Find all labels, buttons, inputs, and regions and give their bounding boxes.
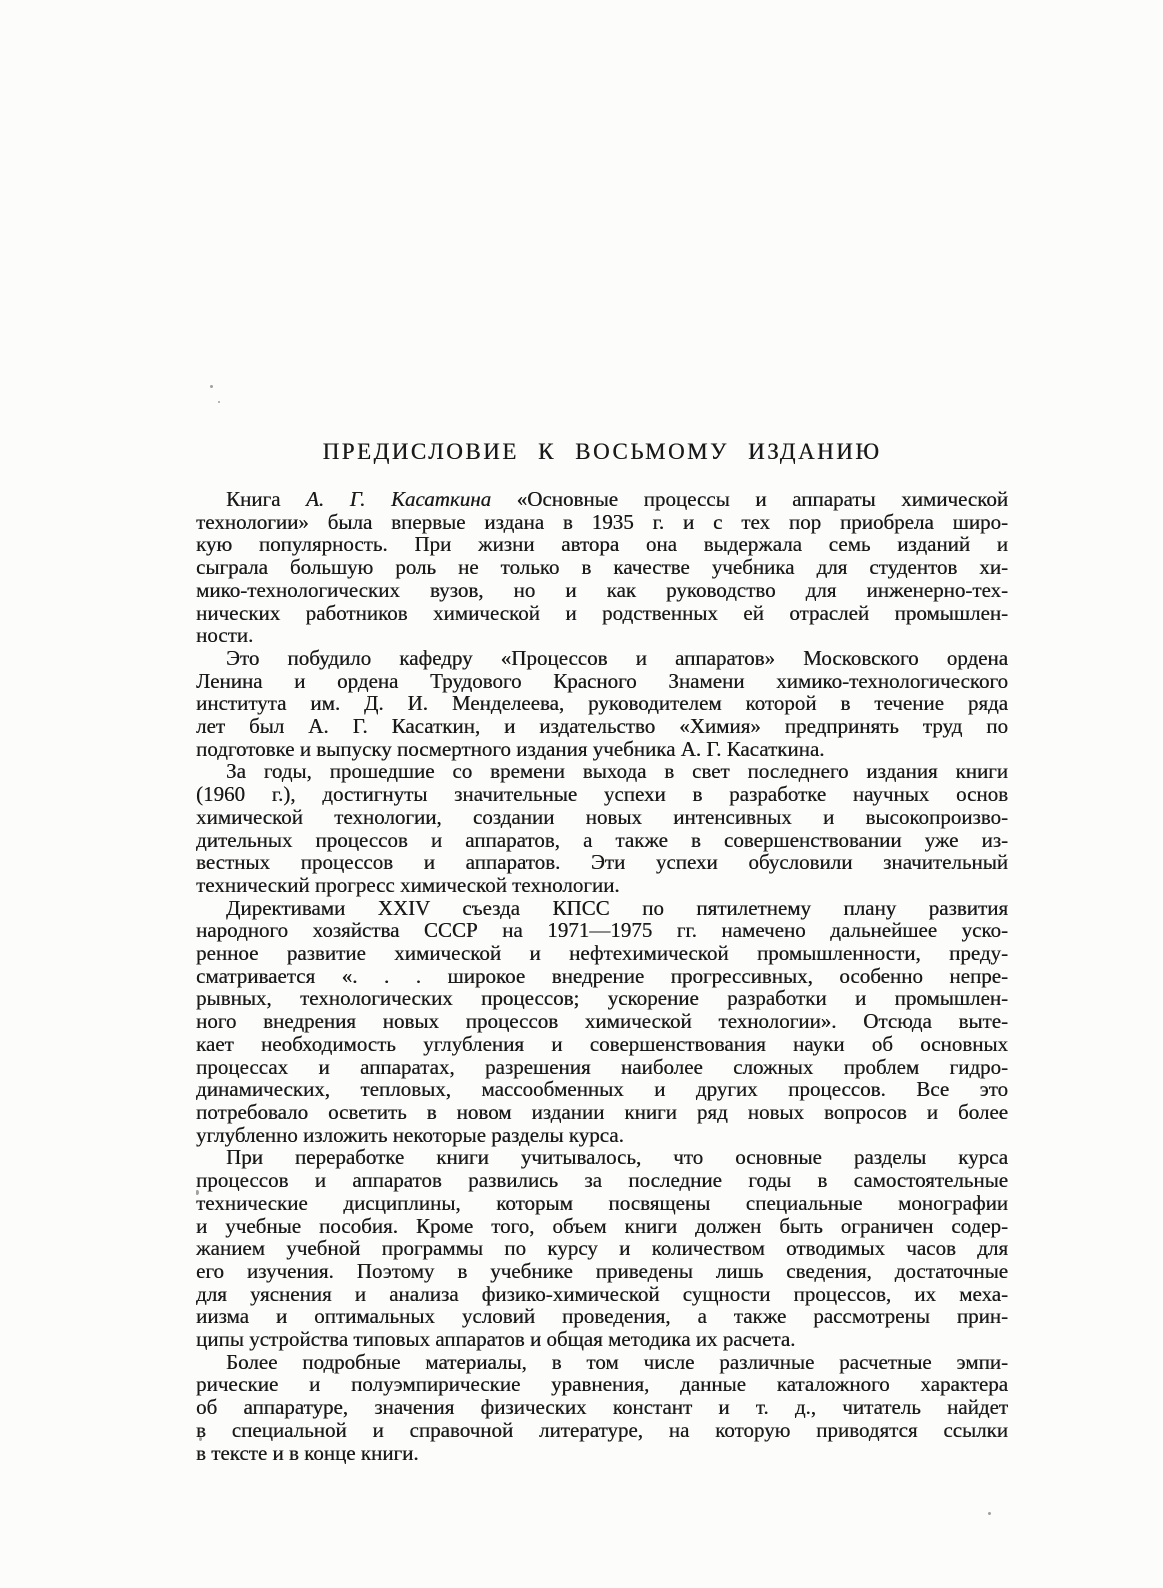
- text-segment: для уяснения и анализа физико-химической…: [196, 1282, 1008, 1306]
- text-segment: кую популярность. При жизни автора она в…: [196, 532, 1008, 556]
- text-segment: народного хозяйства СССР на 1971—1975 гг…: [196, 918, 1008, 942]
- text-segment: в тексте и в конце книги.: [196, 1441, 419, 1465]
- book-page: ПРЕДИСЛОВИЕ К ВОСЬМОМУ ИЗДАНИЮ Книга А. …: [0, 0, 1163, 1588]
- text-line: народного хозяйства СССР на 1971—1975 гг…: [196, 919, 1008, 942]
- text-line: За годы, прошедшие со времени выхода в с…: [196, 760, 1008, 783]
- text-segment: вестных процессов и аппаратов. Эти успех…: [196, 850, 1008, 874]
- text-line: в тексте и в конце книги.: [196, 1442, 1008, 1465]
- author-name-italic: А. Г. Касаткина: [306, 487, 491, 511]
- text-line: дительных процессов и аппаратов, а также…: [196, 829, 1008, 852]
- text-segment: его изучения. Поэтому в учебнике приведе…: [196, 1259, 1008, 1283]
- text-segment: подготовке и выпуску посмертного издания…: [196, 737, 824, 761]
- text-segment: об аппаратуре, значения физических конст…: [196, 1395, 1008, 1419]
- text-line: сыграла большую роль не только в качеств…: [196, 556, 1008, 579]
- text-segment: «Основные процессы и аппараты химической: [491, 487, 1008, 511]
- text-line: в специальной и справочной литературе, н…: [196, 1419, 1008, 1442]
- text-segment: (1960 г.), достигнуты значительные успех…: [196, 782, 1008, 806]
- text-segment: ренное развитие химической и нефтехимиче…: [196, 941, 1008, 965]
- text-segment: института им. Д. И. Менделеева, руководи…: [196, 691, 1008, 715]
- text-segment: мико-технологических вузов, но и как рук…: [196, 578, 1008, 602]
- text-segment: углубленно изложить некоторые разделы ку…: [196, 1123, 624, 1147]
- text-line: и учебные пособия. Кроме того, объем кни…: [196, 1215, 1008, 1238]
- text-segment: сыграла большую роль не только в качеств…: [196, 555, 1008, 579]
- scan-speck: [988, 1512, 991, 1515]
- text-line: ности.: [196, 624, 1008, 647]
- text-segment: в специальной и справочной литературе, н…: [196, 1418, 1008, 1442]
- text-segment: жанием учебной программы по курсу и коли…: [196, 1236, 1008, 1260]
- text-line: технический прогресс химической технолог…: [196, 874, 1008, 897]
- text-line: химической технологии, создании новых ин…: [196, 806, 1008, 829]
- text-line: (1960 г.), достигнуты значительные успех…: [196, 783, 1008, 806]
- text-line: его изучения. Поэтому в учебнике приведе…: [196, 1260, 1008, 1283]
- text-segment: Более подробные материалы, в том числе р…: [226, 1350, 1008, 1374]
- text-line: Директивами XXIV съезда КПСС по пятилетн…: [196, 897, 1008, 920]
- text-segment: Ленина и ордена Трудового Красного Знаме…: [196, 669, 1008, 693]
- text-segment: Книга: [226, 487, 306, 511]
- text-segment: кает необходимость углубления и совершен…: [196, 1032, 1008, 1056]
- text-line: кую популярность. При жизни автора она в…: [196, 533, 1008, 556]
- text-line: сматривается «. . . широкое внедрение пр…: [196, 965, 1008, 988]
- text-line: института им. Д. И. Менделеева, руководи…: [196, 692, 1008, 715]
- text-line: динамических, тепловых, массообменных и …: [196, 1078, 1008, 1101]
- text-segment: лет был А. Г. Касаткин, и издательство «…: [196, 714, 1008, 738]
- text-line: кает необходимость углубления и совершен…: [196, 1033, 1008, 1056]
- text-line: жанием учебной программы по курсу и коли…: [196, 1237, 1008, 1260]
- text-line: подготовке и выпуску посмертного издания…: [196, 738, 1008, 761]
- text-line: нических работников химической и родстве…: [196, 602, 1008, 625]
- text-line: лет был А. Г. Касаткин, и издательство «…: [196, 715, 1008, 738]
- text-line: иизма и оптимальных условий проведения, …: [196, 1305, 1008, 1328]
- text-line: рические и полуэмпирические уравнения, д…: [196, 1373, 1008, 1396]
- text-line: углубленно изложить некоторые разделы ку…: [196, 1124, 1008, 1147]
- text-segment: Это побудило кафедру «Процессов и аппара…: [226, 646, 1008, 670]
- text-line: Более подробные материалы, в том числе р…: [196, 1351, 1008, 1374]
- text-segment: процессах и аппаратах, разрешения наибол…: [196, 1055, 1008, 1079]
- text-line: вестных процессов и аппаратов. Эти успех…: [196, 851, 1008, 874]
- page-title: ПРЕДИСЛОВИЕ К ВОСЬМОМУ ИЗДАНИЮ: [196, 438, 1008, 466]
- text-segment: химической технологии, создании новых ин…: [196, 805, 1008, 829]
- text-line: технические дисциплины, которым посвящен…: [196, 1192, 1008, 1215]
- text-segment: рические и полуэмпирические уравнения, д…: [196, 1372, 1008, 1396]
- text-line: об аппаратуре, значения физических конст…: [196, 1396, 1008, 1419]
- text-line: рывных, технологических процессов; ускор…: [196, 987, 1008, 1010]
- text-segment: ного внедрения новых процессов химическо…: [196, 1009, 1008, 1033]
- text-line: ного внедрения новых процессов химическо…: [196, 1010, 1008, 1033]
- text-segment: нических работников химической и родстве…: [196, 601, 1008, 625]
- text-line: Ленина и ордена Трудового Красного Знаме…: [196, 670, 1008, 693]
- scan-speck: [196, 1190, 199, 1195]
- text-line: потребовало осветить в новом издании кни…: [196, 1101, 1008, 1124]
- text-line: Это побудило кафедру «Процессов и аппара…: [196, 647, 1008, 670]
- text-line: ренное развитие химической и нефтехимиче…: [196, 942, 1008, 965]
- text-line: процессах и аппаратах, разрешения наибол…: [196, 1056, 1008, 1079]
- text-line: Книга А. Г. Касаткина «Основные процессы…: [196, 488, 1008, 511]
- text-segment: дительных процессов и аппаратов, а также…: [196, 828, 1008, 852]
- text-segment: При переработке книги учитывалось, что о…: [226, 1145, 1008, 1169]
- text-line: процессов и аппаратов развились за после…: [196, 1169, 1008, 1192]
- text-line: для уяснения и анализа физико-химической…: [196, 1283, 1008, 1306]
- scan-speck: [199, 1437, 202, 1441]
- text-segment: технические дисциплины, которым посвящен…: [196, 1191, 1008, 1215]
- text-line: мико-технологических вузов, но и как рук…: [196, 579, 1008, 602]
- text-line: ципы устройства типовых аппаратов и обща…: [196, 1328, 1008, 1351]
- scan-speck: [210, 385, 213, 388]
- text-segment: и учебные пособия. Кроме того, объем кни…: [196, 1214, 1008, 1238]
- text-segment: технологии» была впервые издана в 1935 г…: [196, 510, 1008, 534]
- text-segment: За годы, прошедшие со времени выхода в с…: [226, 759, 1008, 783]
- text-line: технологии» была впервые издана в 1935 г…: [196, 511, 1008, 534]
- preface-text: Книга А. Г. Касаткина «Основные процессы…: [196, 488, 1008, 1464]
- text-segment: ципы устройства типовых аппаратов и обща…: [196, 1327, 795, 1351]
- text-segment: технический прогресс химической технолог…: [196, 873, 620, 897]
- text-segment: рывных, технологических процессов; ускор…: [196, 986, 1008, 1010]
- text-segment: Директивами XXIV съезда КПСС по пятилетн…: [226, 896, 1008, 920]
- text-segment: потребовало осветить в новом издании кни…: [196, 1100, 1008, 1124]
- text-segment: иизма и оптимальных условий проведения, …: [196, 1304, 1008, 1328]
- text-segment: процессов и аппаратов развились за после…: [196, 1168, 1008, 1192]
- text-segment: сматривается «. . . широкое внедрение пр…: [196, 964, 1008, 988]
- text-segment: ности.: [196, 623, 253, 647]
- text-line: При переработке книги учитывалось, что о…: [196, 1146, 1008, 1169]
- text-segment: динамических, тепловых, массообменных и …: [196, 1077, 1008, 1101]
- scan-speck: [218, 401, 220, 403]
